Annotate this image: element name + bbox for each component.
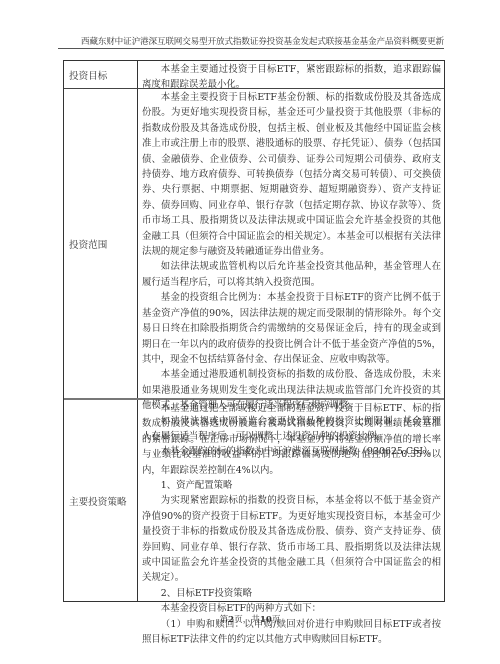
table-row-investment-objective: 投资目标 本基金主要通过投资于目标ETF，紧密跟踪标的指数，追求跟踪偏离度和跟踪…: [64, 61, 444, 88]
section-heading: 2、目标ETF投资策略: [142, 586, 441, 601]
row-label: 投资范围: [64, 89, 138, 398]
document-header-title: 西藏东财中证沪港深互联网交易型开放式指数证券投资基金发起式联接基金基金产品资料概…: [60, 35, 444, 47]
fund-summary-table: 投资目标 本基金主要通过投资于目标ETF，紧密跟踪标的指数，追求跟踪偏离度和跟踪…: [63, 60, 445, 602]
row-content: 本基金主要通过投资于目标ETF，紧密跟踪标的指数，追求跟踪偏离度和跟踪误差最小化…: [138, 61, 444, 88]
paragraph: 本基金主要投资于目标ETF基金份额、标的指数成份股及其备选成份股。为更好地实现投…: [142, 90, 441, 259]
paragraph: 如法律法规或监管机构以后允许基金投资其他品种，基金管理人在履行适当程序后，可以将…: [142, 259, 441, 290]
page-mid: 页，共: [234, 615, 260, 625]
paragraph: 为实现紧密跟踪标的指数的投资目标，本基金将以不低于基金资产净值90%的资产投资于…: [142, 493, 441, 585]
page-footer: 第2页，共10页: [0, 613, 500, 625]
paragraph: 基金的投资组合比例为：本基金投资于目标ETF的资产比例不低于基金资产净值的90%…: [142, 290, 441, 367]
row-label: 投资目标: [64, 61, 138, 88]
table-row-main-strategy: 主要投资策略 本基金通过把全部或接近全部的基金资产投资于目标ETF、标的指数成份…: [64, 398, 444, 601]
page-suffix: 页: [272, 615, 281, 625]
paragraph: 本基金通过把全部或接近全部的基金资产投资于目标ETF、标的指数成份股及其备选成份…: [142, 401, 441, 478]
section-heading: 1、资产配置策略: [142, 478, 441, 493]
row-content: 本基金主要投资于目标ETF基金份额、标的指数成份股及其备选成份股。为更好地实现投…: [138, 89, 444, 398]
row-label: 主要投资策略: [64, 400, 138, 601]
row-content: 本基金通过把全部或接近全部的基金资产投资于目标ETF、标的指数成份股及其备选成份…: [138, 400, 444, 601]
page-total: 10: [260, 615, 272, 625]
header-divider: [58, 48, 444, 49]
page-prefix: 第: [220, 615, 229, 625]
table-row-investment-scope: 投资范围 本基金主要投资于目标ETF基金份额、标的指数成份股及其备选成份股。为更…: [64, 88, 444, 398]
